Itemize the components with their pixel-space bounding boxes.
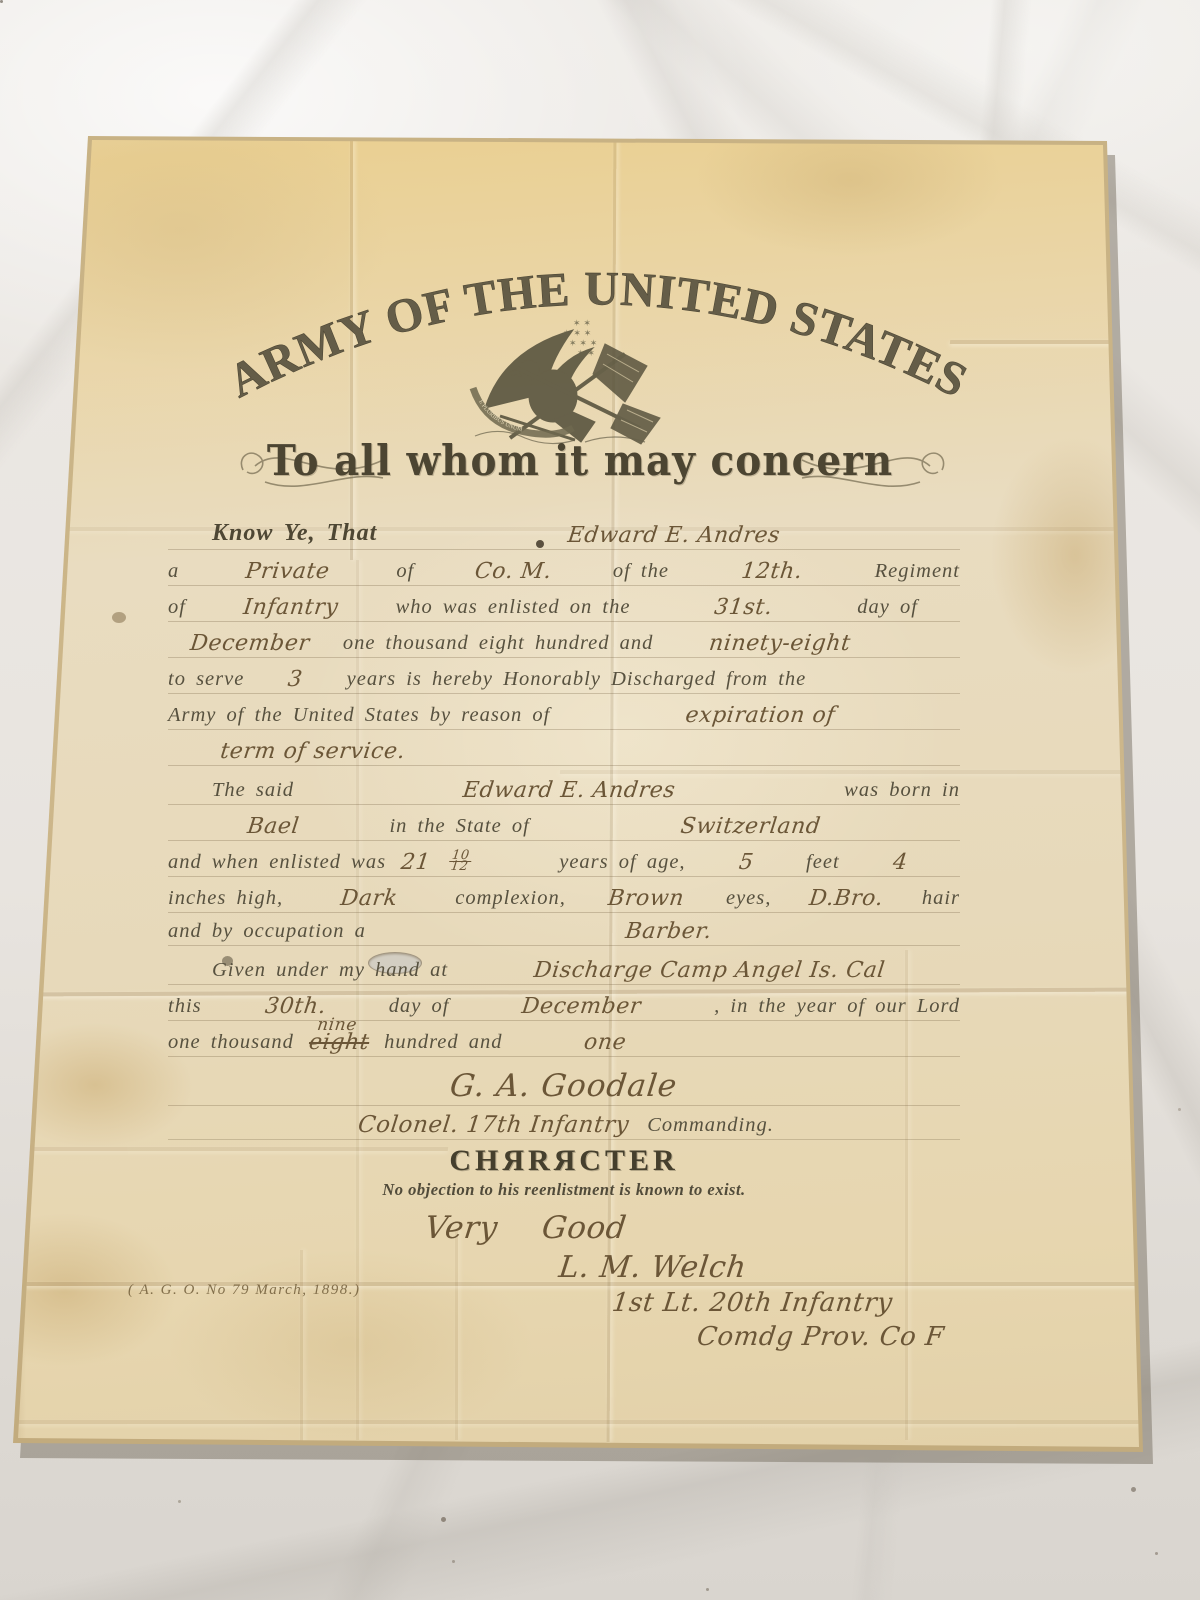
ago-footnote: ( A. G. O. No 79 March, 1898.) <box>128 1282 361 1299</box>
printed-text: Given under my hand at <box>212 959 448 984</box>
printed-text: in the State of <box>389 815 529 840</box>
handwritten-text: Discharge Camp Angel Is. Cal <box>458 958 962 984</box>
commander-signature: G. A. Goodale <box>444 1068 684 1105</box>
handwritten-text: Co. M. <box>424 559 604 585</box>
handwritten-text: Barber. <box>375 919 961 945</box>
form-line: Baelin the State ofSwitzerland <box>168 805 960 841</box>
printed-text: Regiment <box>875 560 960 585</box>
handwritten-text <box>468 764 960 765</box>
handwritten-text: Edward E. Andres <box>387 523 962 549</box>
handwritten-text: Private <box>189 559 387 585</box>
handwritten-text: Bael <box>166 814 380 840</box>
commander-signature-row: G. A. Goodale <box>168 1059 960 1106</box>
printed-text: The said <box>212 779 294 804</box>
character-rating: Very Good <box>419 1210 633 1247</box>
printed-text: inches high, <box>168 887 283 912</box>
printed-text: eyes, <box>726 887 771 912</box>
handwritten-text: Dark <box>292 886 445 912</box>
printed-text: to serve <box>168 668 244 693</box>
printed-text: Army of the United States by reason of <box>168 704 550 729</box>
printed-text: was born in <box>844 779 960 804</box>
character-rating-row: Very Good <box>130 1210 922 1248</box>
svg-text:✶ ✶: ✶ ✶ <box>573 319 591 329</box>
handwritten-text <box>817 692 844 693</box>
form-lines: Know Ye, ThatEdward E. AndresaPrivateofC… <box>168 514 960 1057</box>
form-line: this30th.day ofDecember, in the year of … <box>168 985 960 1021</box>
handwritten-text: Edward E. Andres <box>303 778 834 804</box>
handwritten-fraction: 1012 <box>444 851 477 876</box>
handwritten-text: December <box>166 631 333 657</box>
printed-text: complexion, <box>455 887 566 912</box>
printed-text: and by occupation a <box>168 920 366 945</box>
form-line: inches high,Darkcomplexion,Browneyes,D.B… <box>168 877 960 913</box>
handwritten-text: 21 <box>395 850 435 876</box>
printed-text: years of age, <box>559 851 685 876</box>
character-heading: CHЯRЯCTER <box>168 1144 960 1180</box>
printed-text: this <box>168 995 202 1020</box>
certificate-paper: ARMY OF THE UNITED STATES ✶ ✶✶ ✶ ✶ ✶ ✶ ✶… <box>0 0 1200 1600</box>
handwritten-text: one <box>512 1030 697 1056</box>
printed-text: one thousand eight hundred and <box>343 632 654 657</box>
fold-crease <box>18 1420 1141 1424</box>
printed-text: of the <box>613 560 669 585</box>
handwritten-text: ninety-eight <box>663 631 898 657</box>
form-line: The saidEdward E. Andreswas born in <box>168 769 960 805</box>
officer-unit-row: Comdg Prov. Co F <box>168 1322 960 1354</box>
form-line: ofInfantrywho was enlisted on the31st.da… <box>168 586 960 622</box>
handwritten-text: Switzerland <box>539 814 961 840</box>
handwritten-text <box>486 875 548 876</box>
officer-signature: L. M. Welch <box>553 1250 753 1286</box>
printed-text: who was enlisted on the <box>396 596 631 621</box>
form-line: and by occupation aBarber. <box>168 913 960 946</box>
printed-text: day of <box>389 995 450 1020</box>
handwritten-text: 3 <box>254 667 338 693</box>
handwritten-text: expiration of <box>560 703 962 729</box>
officer-title: 1st Lt. 20th Infantry <box>606 1288 898 1319</box>
form-line: and when enlisted was211012years of age,… <box>168 841 960 877</box>
handwritten-text: Infantry <box>195 595 386 621</box>
handwritten-text: 5 <box>695 850 797 876</box>
certificate-subtitle: To all whom it may concern <box>267 436 893 486</box>
commanding-printed-label: Commanding. <box>647 1114 774 1139</box>
handwritten-text: term of service. <box>166 739 459 765</box>
printed-text: Know Ye, That <box>212 520 377 549</box>
commander-rank-handwritten: Colonel. 17th Infantry <box>352 1112 634 1139</box>
printed-text: hundred and <box>384 1031 502 1056</box>
form-line: Decemberone thousand eight hundred andni… <box>168 622 960 658</box>
cloth-specks <box>0 0 3 3</box>
printed-text: a <box>168 560 179 585</box>
printed-text: years is hereby Honorably Discharged fro… <box>347 668 807 693</box>
handwritten-text: 4 <box>849 850 951 876</box>
handwritten-text: 12th. <box>678 559 865 585</box>
form-line: aPrivateofCo. M.of the12th.Regiment <box>168 550 960 586</box>
certificate-body: Know Ye, ThatEdward E. AndresaPrivateofC… <box>168 514 960 1354</box>
printed-text: one thousand <box>168 1031 294 1056</box>
handwritten-text <box>929 620 960 621</box>
printed-text: and when enlisted was <box>168 851 386 876</box>
subtitle-row: To all whom it may concern <box>0 438 1160 484</box>
form-line: Know Ye, ThatEdward E. Andres <box>168 514 960 550</box>
handwritten-text: December <box>459 994 705 1020</box>
printed-text: day of <box>857 596 918 621</box>
handwritten-text: 31st. <box>640 595 848 621</box>
printed-text: , in the year of our Lord <box>714 995 960 1020</box>
eagle-with-flags-icon: ✶ ✶✶ ✶ ✶ ✶ ✶ ✶✶ ✶ E PLU <box>455 316 695 446</box>
reenlistment-note: No objection to his reenlistment is know… <box>168 1180 960 1202</box>
form-line: one thousandnineeighthundred andone <box>168 1021 960 1057</box>
commander-title-row: Colonel. 17th Infantry Commanding. <box>168 1106 960 1140</box>
printed-text: feet <box>806 851 840 876</box>
handwritten-text <box>707 1055 904 1056</box>
handwritten-text: D.Bro. <box>781 886 913 912</box>
paper-stain <box>112 612 126 623</box>
form-line: term of service. <box>168 730 960 766</box>
corrected-word: nineeight <box>303 1030 374 1056</box>
handwritten-text: Brown <box>575 886 716 912</box>
officer-unit: Comdg Prov. Co F <box>691 1322 950 1353</box>
photo-of-discharge-certificate: ARMY OF THE UNITED STATES ✶ ✶✶ ✶ ✶ ✶ ✶ ✶… <box>0 0 1200 1600</box>
form-line: Given under my hand atDischarge Camp Ang… <box>168 949 960 985</box>
form-line: Army of the United States by reason ofex… <box>168 694 960 730</box>
form-line: to serve3years is hereby Honorably Disch… <box>168 658 960 694</box>
printed-text: hair <box>922 887 960 912</box>
printed-text: of <box>396 560 414 585</box>
printed-text: of <box>168 596 186 621</box>
